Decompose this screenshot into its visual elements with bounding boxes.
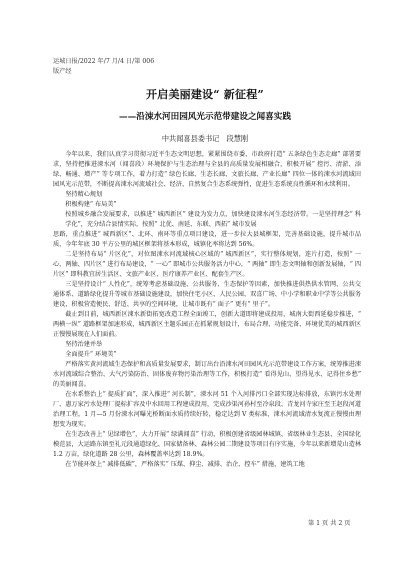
- paragraph: 在节能环保上“ 减排低碳”，严格落实“ 压煤、抑尘、减排、治企、控车” 措施，建…: [53, 460, 361, 470]
- article-subtitle: ——沿涑水河田园风光示范带建设之闻喜实践: [0, 110, 410, 122]
- section-heading: 坚持精心规划: [53, 190, 361, 200]
- source-line: 运城日报/2022 年/7 月/4 日/第 006: [53, 57, 154, 67]
- page-number: 第 1 页 共 2 页: [308, 518, 350, 527]
- paragraph: 按照城乡融合发展要求，以推进“ 城西新区” 建设为发力点，加快建设涑水河生态经济…: [53, 210, 361, 230]
- section-heading: 坚持治建并举: [53, 340, 361, 350]
- article-title: 开启美丽建设“ 新征程”: [0, 86, 410, 102]
- document-page: 运城日报/2022 年/7 月/4 日/第 006 版产经 开启美丽建设“ 新征…: [0, 0, 410, 580]
- paragraph: 二是坚持布局“ 片区化”，对位图涑水河流域核心区域的“ 城西新区”，实行整体规划…: [53, 250, 361, 280]
- paragraph: 思路，重点推进“ 城西新区”、北环、南环等重点项目建设，进一步拉大县城框架，完善…: [53, 230, 361, 250]
- paragraph: 今年以来，我们认真学习贯彻习近平生态文明思想，紧紧围绕市委、市政府打造“ 五条绿…: [53, 150, 361, 190]
- source-meta: 运城日报/2022 年/7 月/4 日/第 006 版产经: [53, 57, 154, 77]
- paragraph: 三是坚持设计“ 人性化”，统筹考虑基础设施、公共服务、生态保护等因素，加快推进供…: [53, 280, 361, 310]
- article-body: 今年以来，我们认真学习贯彻习近平生态文明思想，紧紧围绕市委、市政府打造“ 五条绿…: [53, 150, 361, 470]
- section-subheading: 全面提升“ 环境美”: [53, 350, 361, 360]
- paragraph: 在生态改善上“ 见绿增色”，大力开展“ 绿满闻喜” 行动，积极创建省级园林城镇、…: [53, 430, 361, 460]
- paragraph: 在水系整治上“ 提质扩面”，深入推进“ 河长制”，涑水河 51 个入河排污口全部…: [53, 390, 361, 430]
- section-line: 版产经: [53, 67, 154, 77]
- paragraph: 截止到目前，城西新区涑水新街拓宽改造工程全面竣工，创新大道即将建成投用，城南大街…: [53, 310, 361, 340]
- article-byline: 中共闻喜县委书记 段慧刚: [0, 134, 410, 144]
- section-subheading: 积极构建“ 布局美”: [53, 200, 361, 210]
- paragraph: 严格落实黄河流域生态保护和高质量发展要求，制订出台沿涑水河田园风光示范带建设工作…: [53, 360, 361, 390]
